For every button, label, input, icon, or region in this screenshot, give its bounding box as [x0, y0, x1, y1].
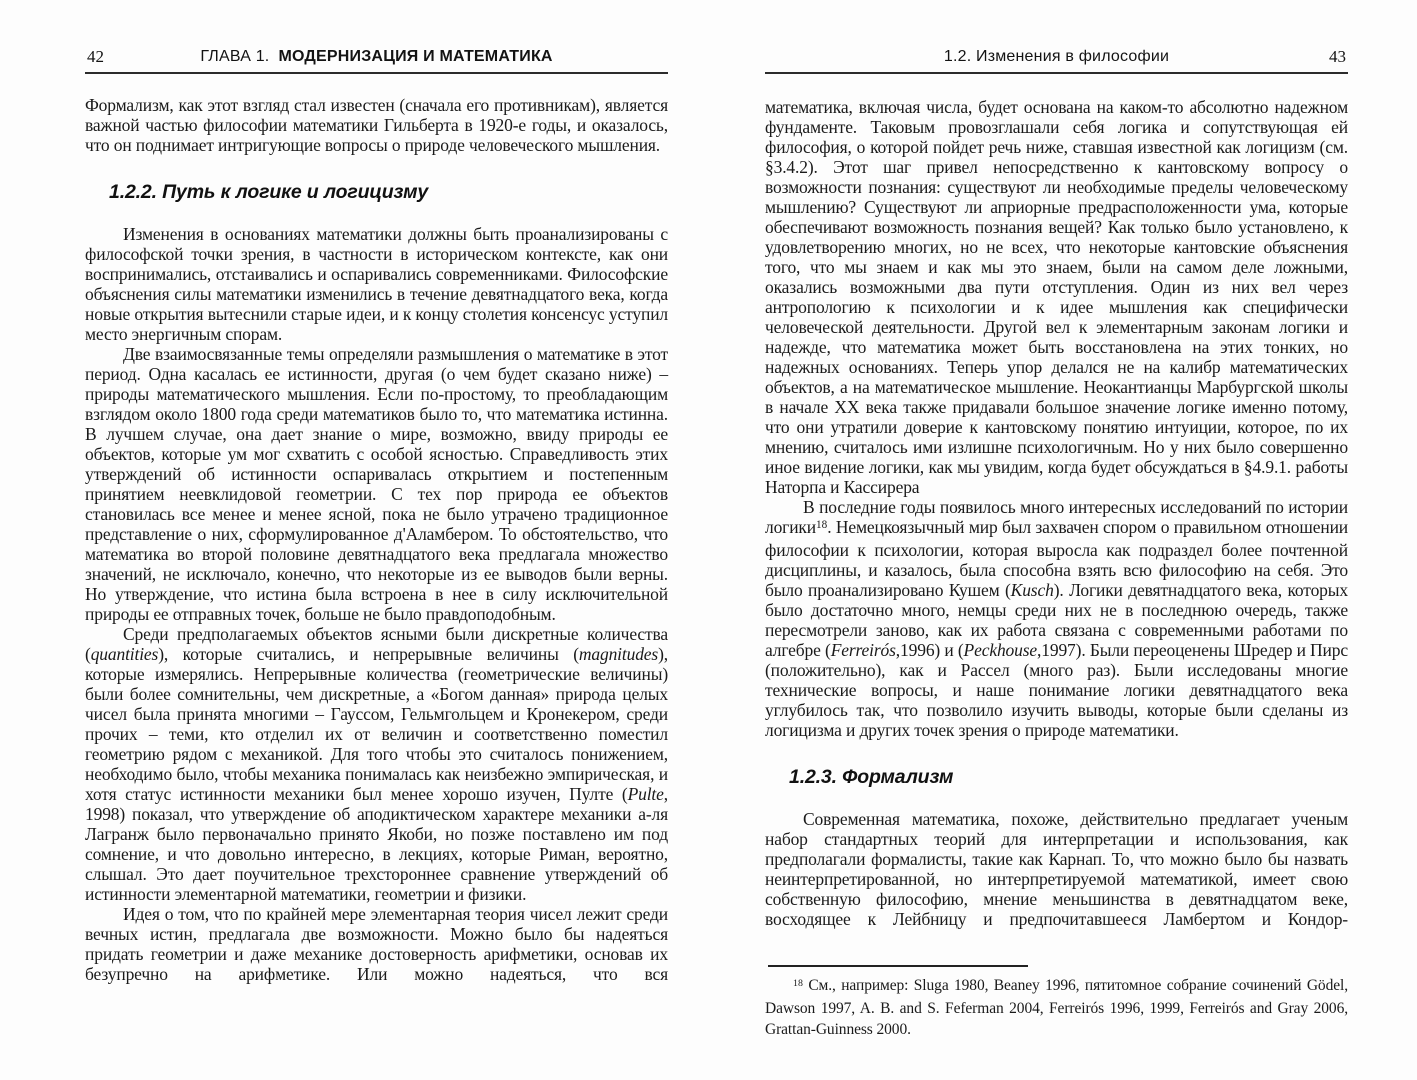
text-run: Формализм, как этот взгляд стал известен…	[85, 95, 668, 155]
text-run: Идея о том, что по крайней мере элемента…	[85, 904, 668, 984]
chapter-title: МОДЕРНИЗАЦИЯ И МАТЕМАТИКА	[278, 48, 552, 65]
page-43: 1.2. Изменения в философии 43 математика…	[765, 0, 1348, 1080]
italic-term: quantities	[91, 644, 159, 664]
footnote-marker: 18	[793, 978, 803, 989]
paragraph: Современная математика, похоже, действит…	[765, 809, 1348, 929]
text-run: Изменения в основаниях математики должны…	[85, 224, 668, 344]
italic-term: Ferreirós	[831, 640, 896, 660]
header-rule	[85, 72, 668, 74]
paragraph: Две взаимосвязанные темы определяли разм…	[85, 344, 668, 624]
text-run: Современная математика, похоже, действит…	[765, 809, 1348, 929]
text-run: Две взаимосвязанные темы определяли разм…	[85, 344, 668, 624]
paragraph: В последние годы появилось много интерес…	[765, 497, 1348, 740]
paragraph: математика, включая числа, будет основан…	[765, 97, 1348, 497]
page-42: 42 ГЛАВА 1.МОДЕРНИЗАЦИЯ И МАТЕМАТИКА Фор…	[85, 0, 668, 1080]
chapter-label: ГЛАВА 1.	[200, 48, 269, 65]
header-rule	[765, 72, 1348, 74]
running-head-title: 1.2. Изменения в философии	[765, 46, 1348, 68]
section-heading: 1.2.2. Путь к логике и логицизму	[85, 180, 668, 204]
page-number: 43	[1329, 46, 1346, 68]
footnote: 18 См., например: Sluga 1980, Beaney 199…	[765, 965, 1348, 1040]
italic-term: Pulte	[628, 784, 664, 804]
paragraph: 18 См., например: Sluga 1980, Beaney 199…	[765, 975, 1348, 1040]
italic-term: magnitudes	[579, 644, 658, 664]
running-head-left: 42 ГЛАВА 1.МОДЕРНИЗАЦИЯ И МАТЕМАТИКА	[85, 46, 668, 68]
italic-term: Peckhouse	[964, 640, 1037, 660]
paragraph: Идея о том, что по крайней мере элемента…	[85, 904, 668, 984]
footnote-marker: 18	[816, 519, 827, 531]
section-heading: 1.2.3. Формализм	[765, 765, 1348, 789]
page-body: Формализм, как этот взгляд стал известен…	[85, 95, 668, 984]
italic-term: Kusch	[1011, 580, 1054, 600]
running-head-right: 1.2. Изменения в философии 43	[765, 46, 1348, 68]
page-body: математика, включая числа, будет основан…	[765, 97, 1348, 929]
paragraph: Среди предполагаемых объектов ясными был…	[85, 624, 668, 904]
footnote-rule	[768, 965, 1028, 967]
page-number: 42	[87, 46, 104, 68]
text-run: ), которые считались, и непрерывные вели…	[158, 644, 579, 664]
footnote-text: 18 См., например: Sluga 1980, Beaney 199…	[765, 975, 1348, 1040]
book-spread: 42 ГЛАВА 1.МОДЕРНИЗАЦИЯ И МАТЕМАТИКА Фор…	[0, 0, 1417, 1080]
paragraph: Формализм, как этот взгляд стал известен…	[85, 95, 668, 155]
text-run: ), которые измерялись. Непрерывные колич…	[85, 644, 668, 804]
text-run: математика, включая числа, будет основан…	[765, 97, 1348, 497]
running-head-title: ГЛАВА 1.МОДЕРНИЗАЦИЯ И МАТЕМАТИКА	[85, 46, 668, 68]
text-run: ,1996) и (	[896, 640, 964, 660]
paragraph: Изменения в основаниях математики должны…	[85, 224, 668, 344]
text-run: См., например: Sluga 1980, Beaney 1996, …	[765, 977, 1348, 1038]
